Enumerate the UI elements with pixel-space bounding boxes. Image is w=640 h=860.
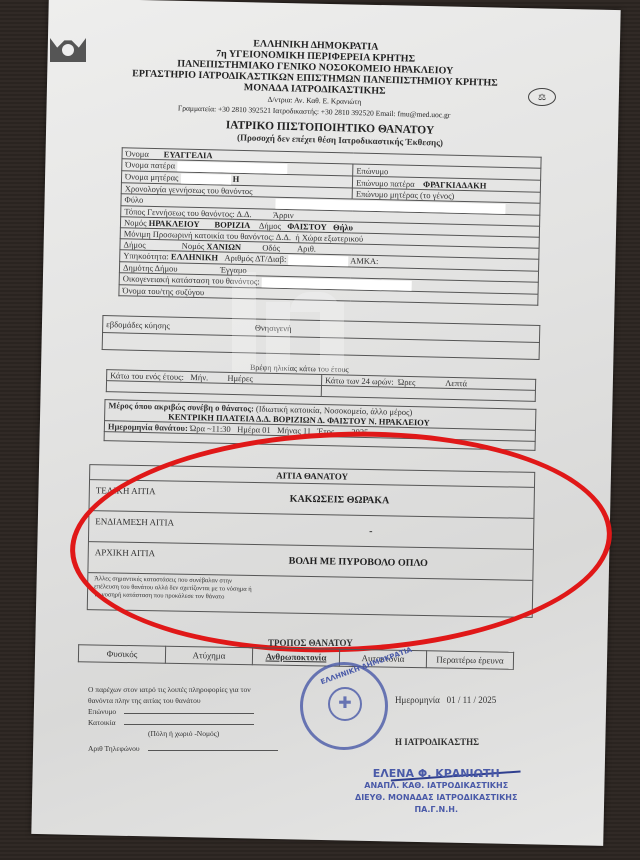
label: Νομός (124, 217, 147, 228)
label: Νομός (182, 241, 205, 252)
value: Η (233, 174, 240, 184)
signer-role: Η ΙΑΤΡΟΔΙΚΑΣΤΗΣ (395, 737, 479, 747)
residence-line (124, 724, 254, 725)
label: Οδός (262, 243, 280, 253)
name-value: ΕΥΑΓΓΕΛΙΑ (164, 149, 213, 160)
signer-title: ΔΙΕΥΘ. ΜΟΝΑΔΑΣ ΙΑΤΡΟΔΙΚΑΣΤΙΚΗΣ (355, 792, 517, 804)
label: Όνομα πατέρα (125, 159, 175, 170)
watermark-logo (232, 262, 352, 372)
label: Επώνυμο πατέρα (356, 177, 415, 188)
label: Ώρες (398, 377, 416, 387)
value: ΒΟΡΙΖΙΑ (214, 220, 250, 231)
value: ΦΑΙΣΤΟΥ (287, 221, 327, 232)
value: ΗΡΑΚΛΕΙΟΥ (149, 218, 200, 229)
signer-org: ΠΑ.Γ.Ν.Η. (355, 804, 517, 816)
label: Δήμος (123, 239, 145, 249)
label: εβδομάδες κύησης (106, 319, 170, 330)
label: Δήμος (259, 221, 281, 231)
label: ή Χώρα εξωτερικού (295, 232, 363, 244)
manner-option: Περαιτέρω έρευνα (426, 651, 513, 670)
value: Άρριν (273, 210, 294, 220)
signer-title: ΑΝΑΠΛ. ΚΑΘ. ΙΑΤΡΟΔΙΚΑΣΤΙΚΗΣ (355, 780, 517, 792)
scales-of-justice-icon: ⚖ (528, 88, 556, 106)
label: Ημερομηνία (395, 695, 440, 705)
label: Κάτω του ενός έτους: (110, 370, 184, 382)
manner-option: Φυσικός (78, 645, 165, 664)
label: Δημότης Δήμου (123, 263, 178, 274)
value: ΧΑΝΙΩΝ (206, 241, 241, 252)
label: Φύλο (124, 194, 143, 204)
label: Υπηκοότητα: (123, 250, 169, 261)
label: Ημέρα (237, 424, 260, 435)
document-header: ΕΛΛΗΝΙΚΗ ΔΗΜΟΚΡΑΤΙΑ 7η ΥΓΕΙΟΝΟΜΙΚΗ ΠΕΡΙΦ… (99, 34, 531, 122)
label: Λεπτά (445, 378, 467, 388)
surname-line (124, 713, 254, 714)
signer-stamp: ΕΛΕΝΑ Φ. ΚΡΑΝΙΩΤΗ ΑΝΑΠΛ. ΚΑΘ. ΙΑΤΡΟΔΙΚΑΣ… (355, 768, 517, 816)
label: Ημερομηνία θανάτου: (108, 421, 188, 433)
manner-option: Ατύχημα (165, 646, 252, 665)
label: Ημέρες (227, 373, 253, 384)
label: Αριθ. (297, 243, 316, 253)
signoff-date: Ημερομηνία 01 / 11 / 2025 (395, 695, 496, 705)
signer-name: ΕΛΕΝΑ Φ. ΚΡΑΝΙΩΤΗ (355, 768, 517, 780)
label: Επώνυμο (356, 165, 388, 176)
label: Ώρα (190, 423, 205, 433)
value: ΕΛΛΗΝΙΚΗ (171, 252, 218, 263)
informant-intro: Ο παρέχων στον ιατρό τις λοιπές πληροφορ… (88, 684, 268, 706)
value: Θήλυ (333, 222, 353, 232)
label: Αριθ Τηλεφώνου (88, 744, 140, 753)
label: Κατοικία (88, 718, 116, 727)
value: ΦΡΑΓΚΙΑΔΑΚΗ (423, 179, 487, 190)
manner-option: Ανθρωποκτονία (252, 648, 339, 667)
label: Όνομα (125, 148, 148, 159)
redaction (180, 174, 230, 185)
label: Μήν. (190, 372, 208, 382)
informant-section: Ο παρέχων στον ιατρό τις λοιπές πληροφορ… (88, 684, 278, 754)
value: ~11:30 (207, 423, 231, 434)
phone-line (148, 750, 278, 751)
label: ΑΜΚΑ: (350, 256, 379, 267)
label: Όνομα μητέρας (125, 171, 179, 182)
manner-title: ΤΡΟΠΟΣ ΘΑΝΑΤΟΥ (268, 638, 353, 648)
value: 01 (262, 425, 271, 435)
hint: (Πόλη ή χωριό -Νομός) (148, 728, 278, 739)
label: Επώνυμο (88, 707, 116, 716)
label: Κάτω των 24 ωρών: (325, 375, 394, 387)
value: 01 / 11 / 2025 (447, 695, 497, 705)
